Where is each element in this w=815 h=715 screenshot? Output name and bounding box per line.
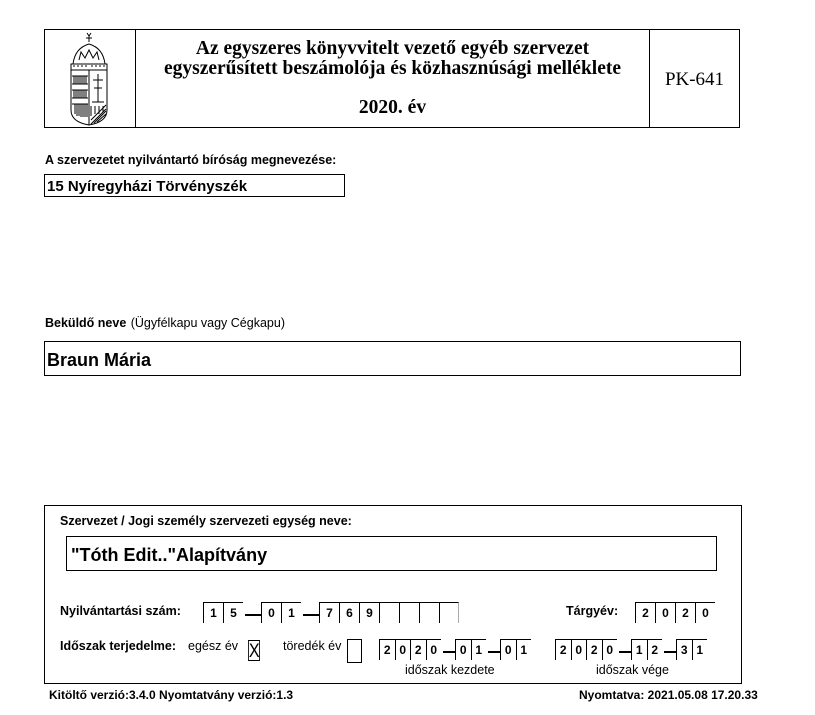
digit-cell[interactable]: 0 [602, 639, 618, 660]
digit-cell[interactable]: 0 [426, 639, 442, 660]
whole-year-label: egész év [188, 639, 238, 653]
version-info: Kitöltő verzió:3.4.0 Nyomtatvány verzió:… [49, 688, 293, 702]
period-label: Időszak terjedelme: [60, 639, 176, 653]
sender-label-group: Beküldő neve (Ügyfélkapu vagy Cégkapu) [45, 314, 285, 332]
digit-cell[interactable]: 0 [455, 639, 471, 660]
partial-year-label: töredék év [283, 639, 341, 653]
digit-cell[interactable]: 0 [261, 602, 281, 623]
digit-cell[interactable]: 6 [339, 602, 359, 623]
whole-year-checkbox[interactable]: X [248, 640, 260, 661]
digit-cell[interactable]: 1 [631, 639, 647, 660]
printed-timestamp: Nyomtatva: 2021.05.08 17.20.33 [579, 688, 758, 702]
digit-cell[interactable]: 2 [379, 639, 395, 660]
digit-cell[interactable]: 0 [395, 639, 411, 660]
form-code: PK-641 [649, 30, 739, 127]
digit-cell[interactable] [399, 602, 419, 623]
court-field[interactable]: 15 Nyíregyházi Törvényszék [44, 174, 345, 197]
digit-cell[interactable]: 2 [647, 639, 663, 660]
digit-cell[interactable]: 7 [319, 602, 339, 623]
title-line-2: egyszerűsített beszámolója és közhasznús… [136, 59, 649, 79]
form-title: Az egyszeres könyvvitelt vezető egyéb sz… [136, 30, 649, 127]
digit-cell[interactable]: 0 [655, 602, 675, 623]
digit-cell[interactable]: 2 [635, 602, 655, 623]
digit-cell[interactable]: 0 [695, 602, 715, 623]
digit-cell[interactable]: 1 [471, 639, 487, 660]
period-end-caption: időszak vége [596, 663, 669, 677]
separator-dash [243, 602, 261, 623]
separator-dash [617, 639, 631, 660]
digit-cell[interactable] [379, 602, 399, 623]
registration-number-field[interactable]: 1 5 0 1 7 6 9 [203, 602, 459, 623]
digit-cell[interactable]: 2 [410, 639, 426, 660]
sender-label: Beküldő neve [45, 316, 126, 330]
digit-cell[interactable]: 1 [203, 602, 223, 623]
digit-cell[interactable]: 2 [586, 639, 602, 660]
registration-number-label: Nyilvántartási szám: [60, 604, 181, 618]
digit-cell[interactable]: 1 [516, 639, 532, 660]
organization-name-field[interactable]: "Tóth Edit.."Alapítvány [66, 536, 717, 571]
subject-year-label: Tárgyév: [566, 604, 618, 618]
period-end-field[interactable]: 2 0 2 0 1 2 3 1 [555, 639, 707, 660]
sender-field[interactable]: Braun Mária [44, 341, 741, 376]
organization-label: Szervezet / Jogi személy szervezeti egys… [60, 514, 352, 528]
digit-cell[interactable]: 0 [500, 639, 516, 660]
separator-dash [486, 639, 500, 660]
period-start-field[interactable]: 2 0 2 0 0 1 0 1 [379, 639, 531, 660]
separator-dash [441, 639, 455, 660]
digit-cell[interactable]: 9 [359, 602, 379, 623]
digit-cell[interactable]: 0 [571, 639, 587, 660]
digit-cell[interactable]: 5 [223, 602, 243, 623]
title-line-1: Az egyszeres könyvvitelt vezető egyéb sz… [136, 39, 649, 59]
subject-year-field[interactable]: 2 0 2 0 [635, 602, 715, 623]
court-label: A szervezetet nyilvántartó bíróság megne… [45, 153, 336, 167]
digit-cell[interactable]: 1 [281, 602, 301, 623]
digit-cell[interactable]: 3 [676, 639, 692, 660]
period-start-caption: időszak kezdete [405, 663, 495, 677]
form-year: 2020. év [136, 98, 649, 118]
partial-year-checkbox[interactable] [347, 639, 362, 663]
crest-cell [45, 30, 136, 127]
hungarian-coat-of-arms-icon [45, 30, 135, 127]
form-header: Az egyszeres könyvvitelt vezető egyéb sz… [44, 29, 740, 128]
digit-cell[interactable]: 2 [675, 602, 695, 623]
digit-cell[interactable] [419, 602, 439, 623]
separator-dash [301, 602, 319, 623]
digit-cell[interactable]: 1 [692, 639, 708, 660]
digit-cell[interactable] [439, 602, 459, 623]
digit-cell[interactable]: 2 [555, 639, 571, 660]
separator-dash [662, 639, 676, 660]
sender-hint: (Ügyfélkapu vagy Cégkapu) [131, 316, 285, 330]
